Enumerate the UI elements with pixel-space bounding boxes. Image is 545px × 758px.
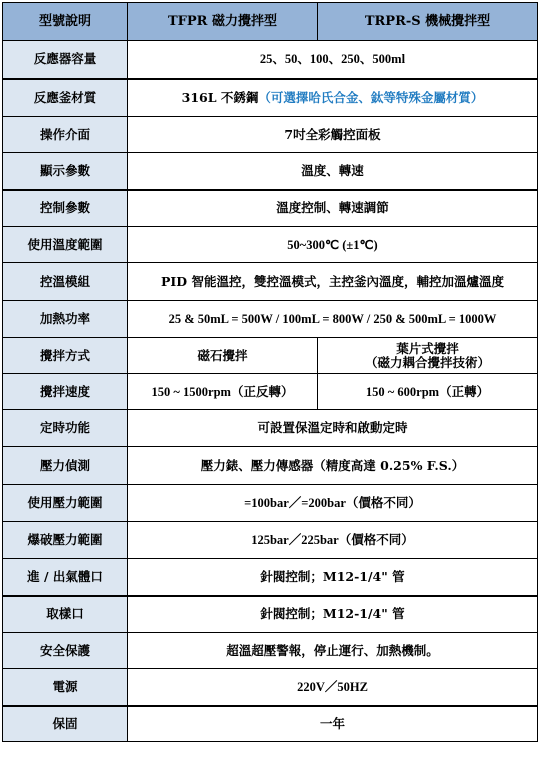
table-row: 加熱功率 25 & 50mL = 500W / 100mL = 800W / 2…: [3, 301, 538, 338]
table-row: 控制參數 溫度控制、轉速調節: [3, 190, 538, 227]
row-label: 反應釜材質: [3, 79, 128, 117]
row-label: 攪拌速度: [3, 374, 128, 410]
row-label: 控制參數: [3, 190, 128, 227]
row-label: 取樣口: [3, 596, 128, 633]
row-label: 加熱功率: [3, 301, 128, 338]
row-value-b: 葉片式攪拌（磁力耦合攪拌技術）: [318, 338, 538, 374]
table-row: 攪拌速度 150 ~ 1500rpm（正反轉） 150 ~ 600rpm（正轉）: [3, 374, 538, 410]
row-value: 溫度、轉速: [128, 153, 538, 190]
stir-method-b-line1: 葉片式攪拌: [320, 342, 535, 356]
table-row: 使用壓力範圍 =100bar／=200bar（價格不同）: [3, 485, 538, 522]
row-label: 操作介面: [3, 117, 128, 153]
table-row: 操作介面 7吋全彩觸控面板: [3, 117, 538, 153]
row-value: 220V／50HZ: [128, 669, 538, 706]
row-value: 125bar／225bar（價格不同）: [128, 522, 538, 559]
table-header-row: 型號說明 TFPR 磁力攪拌型 TRPR-S 機械攪拌型: [3, 3, 538, 41]
table-row: 反應釜材質 316L 不銹鋼（可選擇哈氏合金、鈦等特殊金屬材質）: [3, 79, 538, 117]
row-value: 針閥控制；M12-1/4" 管: [128, 596, 538, 633]
table-row: 電源 220V／50HZ: [3, 669, 538, 706]
row-label: 顯示參數: [3, 153, 128, 190]
row-value: 25 & 50mL = 500W / 100mL = 800W / 250 & …: [128, 301, 538, 338]
row-value: 超溫超壓警報，停止運行、加熱機制。: [128, 633, 538, 669]
table-row: 定時功能 可設置保溫定時和啟動定時: [3, 410, 538, 447]
material-text: 316L 不銹鋼: [182, 90, 259, 105]
row-label: 安全保護: [3, 633, 128, 669]
row-value: 一年: [128, 706, 538, 742]
row-value: 溫度控制、轉速調節: [128, 190, 538, 227]
row-label: 電源: [3, 669, 128, 706]
row-value-a: 磁石攪拌: [128, 338, 318, 374]
row-label: 定時功能: [3, 410, 128, 447]
row-label: 壓力偵測: [3, 447, 128, 485]
table-row: 進 / 出氣體口 針閥控制；M12-1/4" 管: [3, 559, 538, 596]
row-value: 針閥控制；M12-1/4" 管: [128, 559, 538, 596]
row-label: 使用壓力範圍: [3, 485, 128, 522]
table-row: 安全保護 超溫超壓警報，停止運行、加熱機制。: [3, 633, 538, 669]
row-label: 使用溫度範圍: [3, 227, 128, 263]
table-row: 顯示參數 溫度、轉速: [3, 153, 538, 190]
row-value: 316L 不銹鋼（可選擇哈氏合金、鈦等特殊金屬材質）: [128, 79, 538, 117]
table-row: 反應器容量 25、50、100、250、500ml: [3, 41, 538, 79]
stir-method-b-line2: （磁力耦合攪拌技術）: [320, 356, 535, 370]
row-label: 攪拌方式: [3, 338, 128, 374]
row-label: 反應器容量: [3, 41, 128, 79]
table-row: 控溫模組 PID 智能溫控，雙控溫模式，主控釜內溫度，輔控加溫爐溫度: [3, 263, 538, 301]
row-label: 控溫模組: [3, 263, 128, 301]
header-model-b: TRPR-S 機械攪拌型: [318, 3, 538, 41]
row-label: 爆破壓力範圍: [3, 522, 128, 559]
row-value: 50~300℃ (±1℃): [128, 227, 538, 263]
table-row: 攪拌方式 磁石攪拌 葉片式攪拌（磁力耦合攪拌技術）: [3, 338, 538, 374]
row-value: 可設置保溫定時和啟動定時: [128, 410, 538, 447]
row-label: 保固: [3, 706, 128, 742]
table-row: 保固 一年: [3, 706, 538, 742]
row-value: 7吋全彩觸控面板: [128, 117, 538, 153]
row-value: PID 智能溫控，雙控溫模式，主控釜內溫度，輔控加溫爐溫度: [128, 263, 538, 301]
row-value-a: 150 ~ 1500rpm（正反轉）: [128, 374, 318, 410]
table-row: 爆破壓力範圍 125bar／225bar（價格不同）: [3, 522, 538, 559]
header-model-a: TFPR 磁力攪拌型: [128, 3, 318, 41]
header-label: 型號說明: [3, 3, 128, 41]
material-note: （可選擇哈氏合金、鈦等特殊金屬材質）: [258, 90, 483, 105]
table-row: 取樣口 針閥控制；M12-1/4" 管: [3, 596, 538, 633]
row-value: =100bar／=200bar（價格不同）: [128, 485, 538, 522]
row-label: 進 / 出氣體口: [3, 559, 128, 596]
table-row: 使用溫度範圍 50~300℃ (±1℃): [3, 227, 538, 263]
row-value: 壓力錶、壓力傳感器（精度高達 0.25% F.S.）: [128, 447, 538, 485]
spec-table: 型號說明 TFPR 磁力攪拌型 TRPR-S 機械攪拌型 反應器容量 25、50…: [2, 2, 538, 742]
row-value-b: 150 ~ 600rpm（正轉）: [318, 374, 538, 410]
table-row: 壓力偵測 壓力錶、壓力傳感器（精度高達 0.25% F.S.）: [3, 447, 538, 485]
row-value: 25、50、100、250、500ml: [128, 41, 538, 79]
